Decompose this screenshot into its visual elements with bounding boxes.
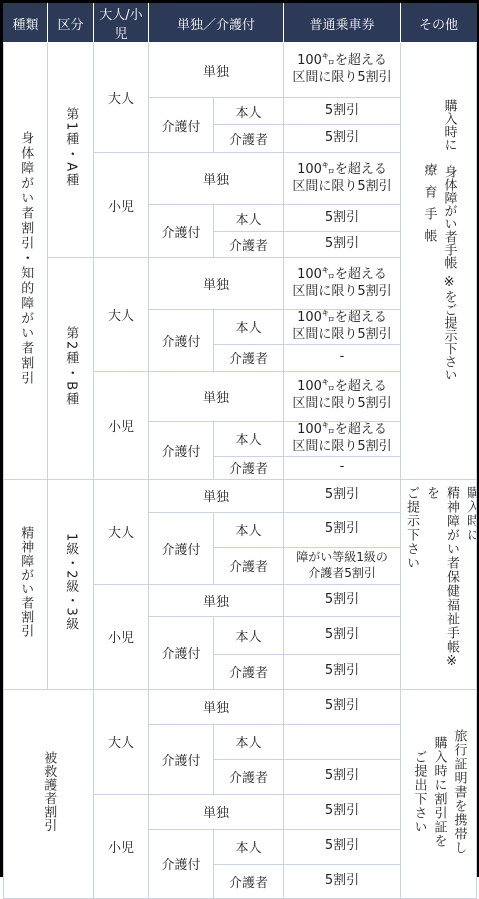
mode-cell-self: 本人 (214, 421, 284, 456)
mode-cell-carer: 介護者 (214, 864, 284, 898)
fare-cell (284, 724, 401, 759)
fare-cell: 5割引 (284, 125, 401, 153)
mode-cell-solo: 単独 (149, 584, 284, 616)
mode-cell-solo: 単独 (149, 371, 284, 421)
mode-cell-carer: 介護者 (214, 344, 284, 371)
fare-cell: - (284, 344, 401, 371)
mode-cell-solo: 単独 (149, 794, 284, 829)
category-label: 第1種・A種 (63, 107, 79, 188)
note-handbook-side: 療育手帳 (419, 99, 439, 419)
other-note-main-column: 購入時に身体障がい者手帳※をご提示下さい (439, 99, 459, 419)
mode-cell-withcare: 介護付 (149, 421, 214, 479)
fare-cell: 5割引 (284, 759, 401, 794)
header-row: 種類 区分 大人/小児 単独／介護付 普通乗車券 その他 (4, 4, 477, 43)
note-line: ご提出下さい (409, 726, 429, 858)
mode-cell-solo: 単独 (149, 153, 284, 205)
fare-cell: 100㌔を超える 区間に限り5割引 (284, 43, 401, 98)
type-label: 身体障がい者割引・知的障がい者割引 (18, 131, 34, 386)
age-cell: 小児 (94, 153, 149, 258)
mode-cell-solo: 単独 (149, 479, 284, 512)
fare-cell: 5割引 (284, 512, 401, 547)
age-cell: 小児 (94, 794, 149, 898)
age-cell: 大人 (94, 43, 149, 153)
mode-cell-withcare: 介護付 (149, 205, 214, 258)
category-cell: 第1種・A種 (48, 43, 94, 258)
mode-cell-carer: 介護者 (214, 232, 284, 258)
age-cell: 大人 (94, 479, 149, 584)
age-cell: 小児 (94, 371, 149, 479)
mode-cell-withcare: 介護付 (149, 512, 214, 584)
table-row: 精神障がい者割引 1級・2級・3級 大人 単独 5割引 購入時に 精神障がい者保… (4, 479, 477, 512)
fare-cell: 100㌔を超える 区間に限り5割引 (284, 310, 401, 345)
col-header-other: その他 (401, 4, 477, 43)
table-row: 身体障がい者割引・知的障がい者割引 第1種・A種 大人 単独 100㌔を超える … (4, 43, 477, 98)
type-cell: 被救護者割引 (4, 689, 94, 898)
fare-cell: 障がい等級1級の 介護者5割引 (284, 547, 401, 584)
other-note: 購入時に 精神障がい者保健福祉手帳※を ご提示下さい (401, 486, 477, 678)
mode-cell-withcare: 介護付 (149, 310, 214, 372)
fare-cell: - (284, 456, 401, 479)
fare-table-frame: 種類 区分 大人/小児 単独／介護付 普通乗車券 その他 身体障がい者割引・知的… (0, 0, 479, 877)
fare-cell: 5割引 (284, 794, 401, 829)
category-cell: 第2種・B種 (48, 258, 94, 480)
mode-cell-self: 本人 (214, 310, 284, 345)
age-cell: 小児 (94, 584, 149, 689)
table-row: 被救護者割引 大人 単独 5割引 旅行証明書を携帯し 購入時に割引証を ご提出下… (4, 689, 477, 724)
mode-cell-self: 本人 (214, 98, 284, 125)
fare-cell: 5割引 (284, 479, 401, 512)
mode-cell-solo: 単独 (149, 43, 284, 98)
note-intro: 購入時に (442, 99, 457, 151)
fare-cell: 5割引 (284, 616, 401, 654)
note-line: 購入時に (461, 486, 477, 678)
mode-cell-self: 本人 (214, 724, 284, 759)
note-line: ご提示下さい (401, 486, 421, 678)
mode-cell-carer: 介護者 (214, 547, 284, 584)
note-line: 購入時に割引証を (429, 726, 449, 858)
fare-cell: 5割引 (284, 829, 401, 864)
mode-cell-self: 本人 (214, 829, 284, 864)
fare-cell: 5割引 (284, 584, 401, 616)
type-cell: 精神障がい者割引 (4, 479, 48, 689)
mode-cell-carer: 介護者 (214, 456, 284, 479)
category-label: 第2種・B種 (63, 326, 79, 407)
type-label: 精神障がい者割引 (18, 526, 34, 638)
mode-cell-self: 本人 (214, 205, 284, 232)
mode-cell-carer: 介護者 (214, 759, 284, 794)
mode-cell-withcare: 介護付 (149, 724, 214, 794)
mode-cell-withcare: 介護付 (149, 98, 214, 153)
category-label: 1級・2級・3級 (63, 533, 79, 631)
col-header-category: 区分 (48, 4, 94, 43)
fare-cell: 5割引 (284, 654, 401, 689)
fare-cell: 5割引 (284, 232, 401, 258)
age-cell: 大人 (94, 258, 149, 372)
type-label: 被救護者割引 (41, 751, 57, 832)
mode-cell-self: 本人 (214, 512, 284, 547)
col-header-age: 大人/小児 (94, 4, 149, 43)
note-line: 精神障がい者保健福祉手帳※を (421, 486, 461, 678)
fare-cell: 100㌔を超える 区間に限り5割引 (284, 258, 401, 310)
other-note: 購入時に身体障がい者手帳※をご提示下さい 療育手帳 (419, 99, 459, 419)
fare-cell: 5割引 (284, 205, 401, 232)
col-header-type: 種類 (4, 4, 48, 43)
discount-fare-table: 種類 区分 大人/小児 単独／介護付 普通乗車券 その他 身体障がい者割引・知的… (3, 3, 477, 899)
note-handbook-main: 身体障がい者手帳 (442, 165, 457, 269)
other-note: 旅行証明書を携帯し 購入時に割引証を ご提出下さい (409, 726, 469, 858)
mode-cell-withcare: 介護付 (149, 616, 214, 689)
mode-cell-carer: 介護者 (214, 125, 284, 153)
mode-cell-solo: 単独 (149, 258, 284, 310)
type-cell: 身体障がい者割引・知的障がい者割引 (4, 43, 48, 480)
fare-cell: 100㌔を超える 区間に限り5割引 (284, 421, 401, 456)
mode-cell-withcare: 介護付 (149, 829, 214, 898)
other-note-cell: 購入時に身体障がい者手帳※をご提示下さい 療育手帳 (401, 43, 477, 480)
age-cell: 大人 (94, 689, 149, 794)
fare-cell: 5割引 (284, 689, 401, 724)
other-note-cell: 旅行証明書を携帯し 購入時に割引証を ご提出下さい (401, 689, 477, 898)
note-line: 旅行証明書を携帯し (449, 726, 469, 858)
category-cell: 1級・2級・3級 (48, 479, 94, 689)
mode-cell-carer: 介護者 (214, 654, 284, 689)
mode-cell-self: 本人 (214, 616, 284, 654)
mode-cell-solo: 単独 (149, 689, 284, 724)
fare-cell: 100㌔を超える 区間に限り5割引 (284, 153, 401, 205)
note-suffix: ※をご提示下さい (442, 275, 457, 381)
other-note-cell: 購入時に 精神障がい者保健福祉手帳※を ご提示下さい (401, 479, 477, 689)
col-header-mode: 単独／介護付 (149, 4, 284, 43)
fare-cell: 5割引 (284, 98, 401, 125)
fare-cell: 100㌔を超える 区間に限り5割引 (284, 371, 401, 421)
fare-cell: 5割引 (284, 864, 401, 898)
col-header-ticket: 普通乗車券 (284, 4, 401, 43)
